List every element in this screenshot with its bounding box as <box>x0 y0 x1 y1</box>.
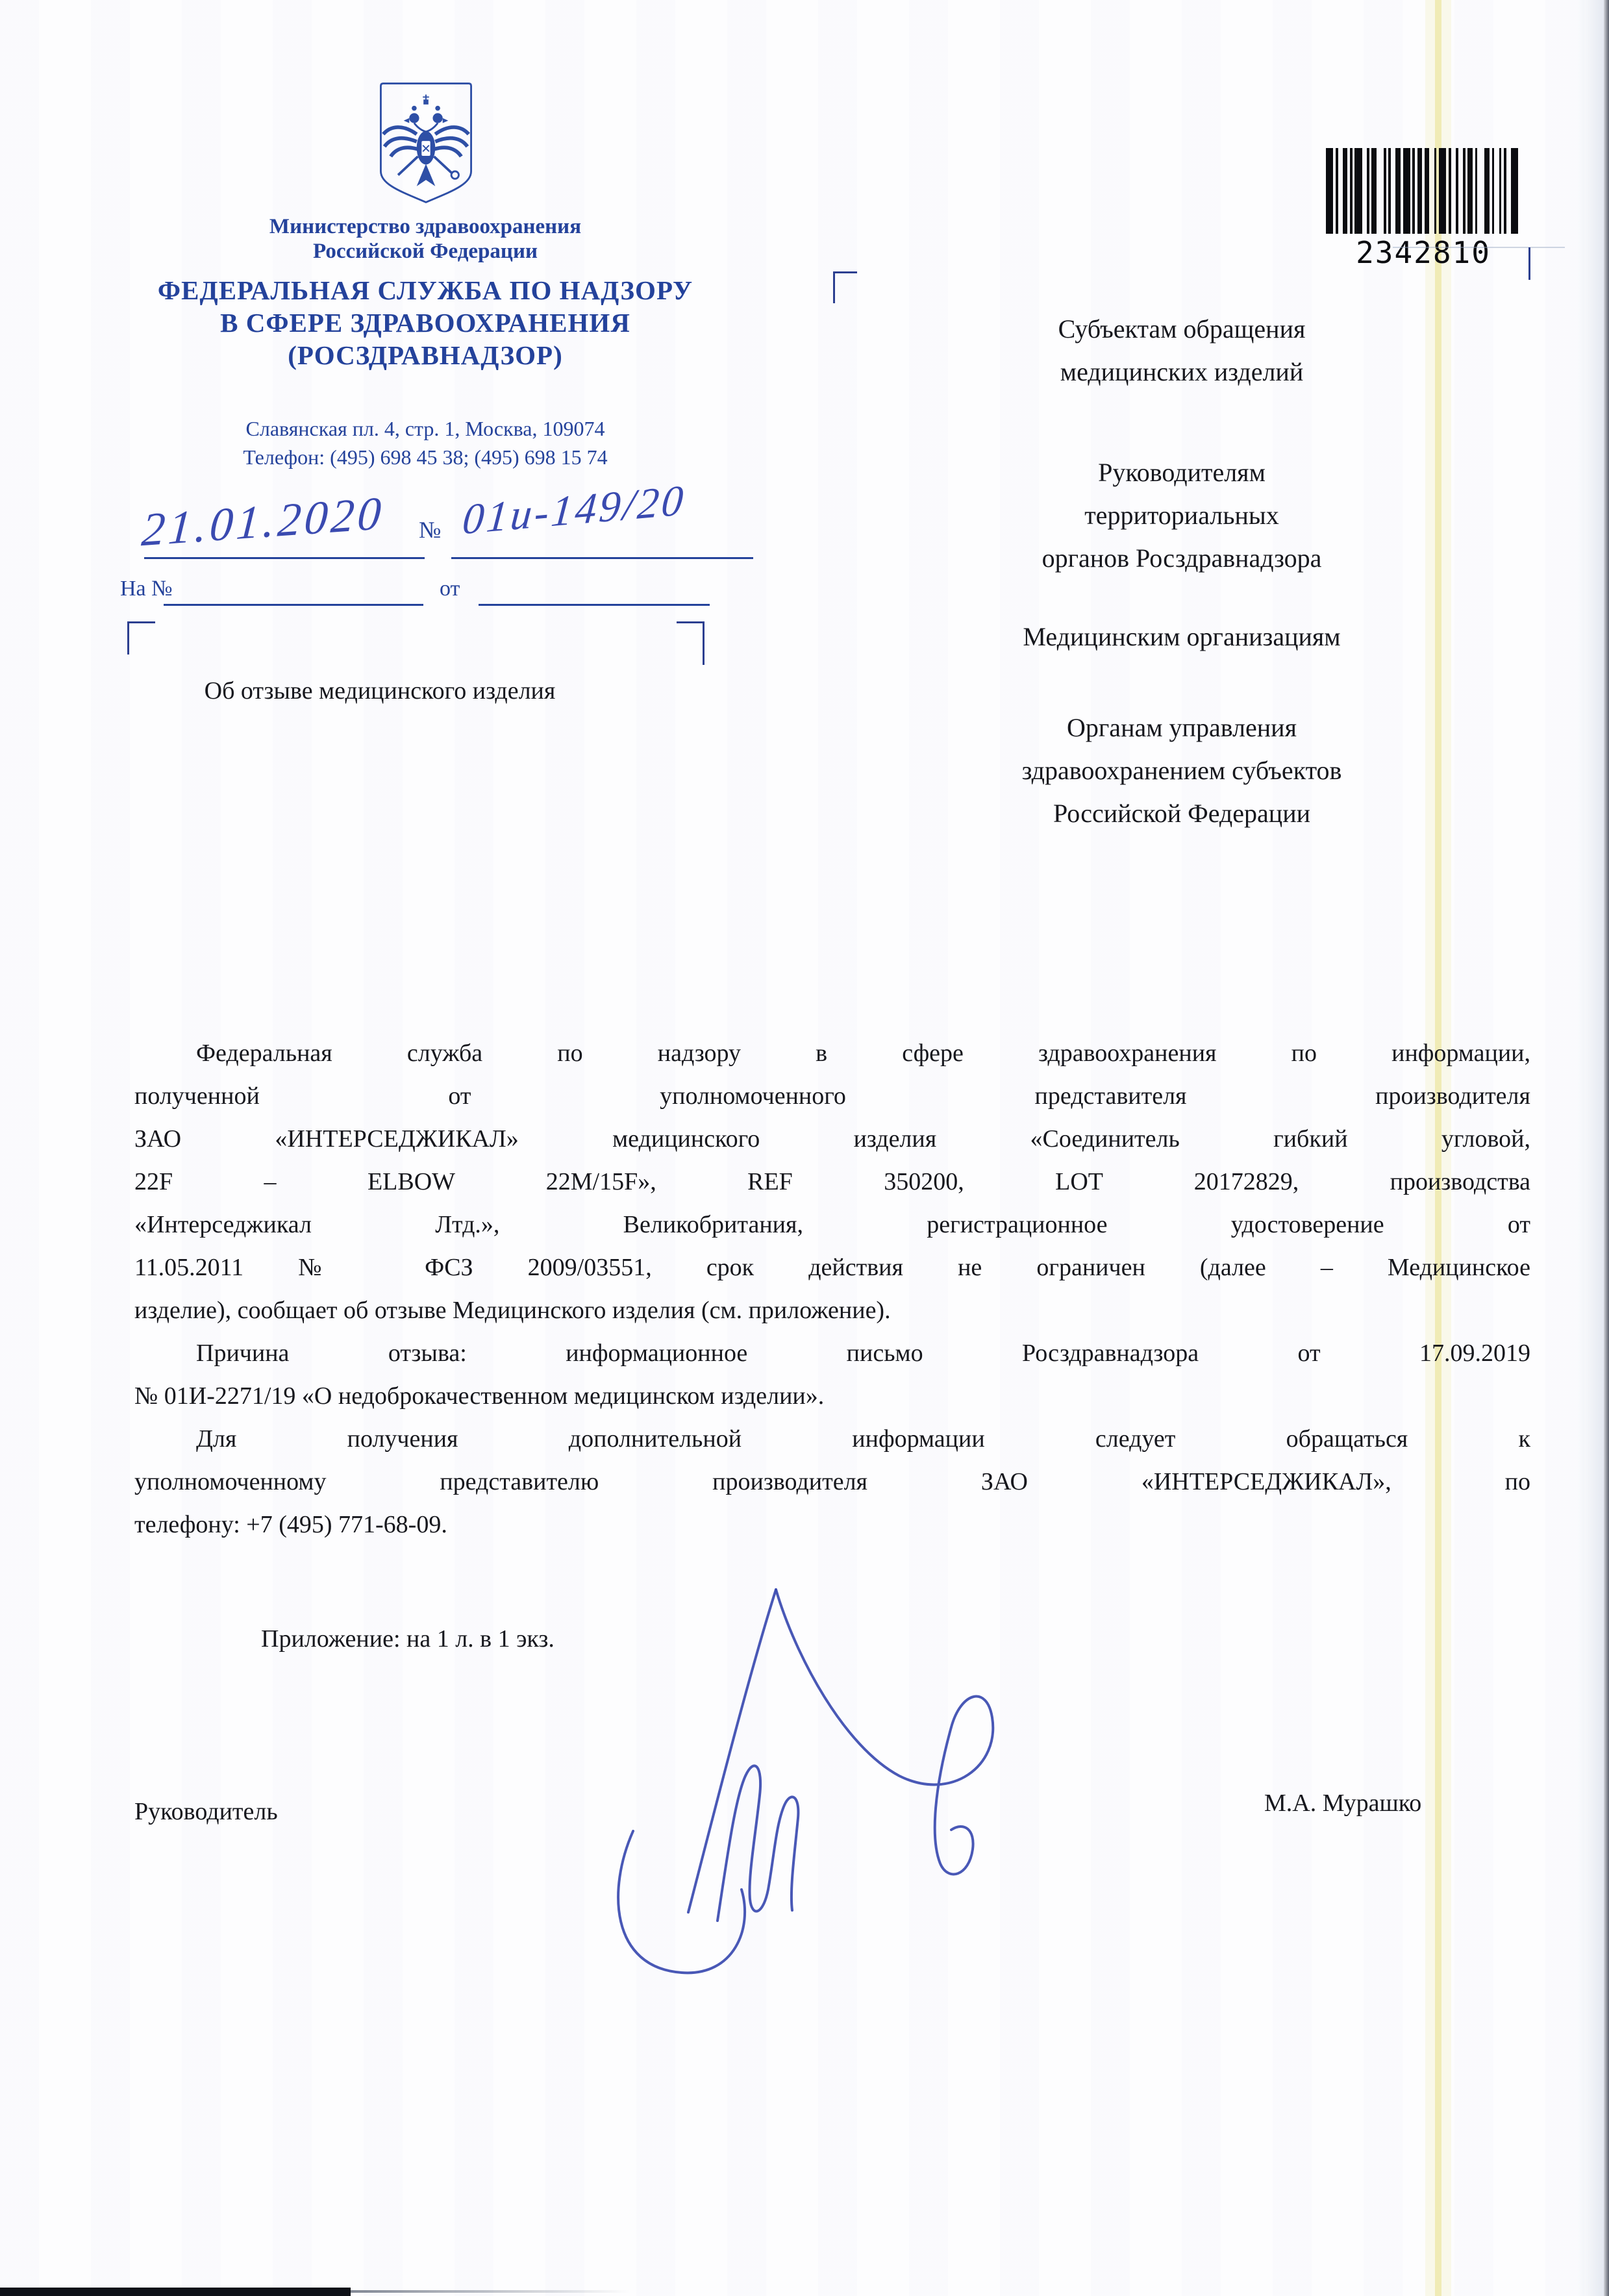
addressee-line: здравоохранением субъектов <box>877 749 1487 792</box>
number-sign: № <box>419 516 441 543</box>
date-underline <box>144 557 425 559</box>
letter-body: Федеральная служба по надзору в сфере зд… <box>134 1032 1530 1546</box>
body-line: 11.05.2011 № ФСЗ 2009/03551, срок действ… <box>134 1246 1530 1289</box>
scan-crease-line <box>1393 247 1565 248</box>
service-line3: (РОСЗДРАВНАДЗОР) <box>91 339 760 371</box>
addressee-line: Руководителям <box>877 451 1487 494</box>
reply-date-label: от <box>440 577 460 601</box>
body-line: уполномоченному представителю производит… <box>134 1460 1530 1503</box>
body-line: «Интерседжикал Лтд.», Великобритания, ре… <box>134 1203 1530 1246</box>
handwritten-outgoing-number: 01и-149/20 <box>460 476 688 545</box>
signer-name: М.А. Мурашко <box>1264 1789 1421 1817</box>
reply-number-underline <box>164 604 423 606</box>
signer-title: Руководитель <box>134 1797 278 1826</box>
body-line: Для получения дополнительной информации … <box>134 1417 1530 1460</box>
addressee-group: Субъектам обращения медицинских изделий <box>877 308 1487 393</box>
ministry-name: Министерство здравоохранения Российской … <box>91 214 760 264</box>
signature-stroke <box>618 1831 745 1973</box>
service-line2: В СФЕРЕ ЗДРАВООХРАНЕНИЯ <box>91 306 760 339</box>
barcode-bars <box>1326 148 1521 234</box>
subject-corner-left <box>127 621 155 655</box>
body-line: Федеральная служба по надзору в сфере зд… <box>134 1032 1530 1075</box>
subject-line: Об отзыве медицинского изделия <box>71 677 688 705</box>
addressee-line: органов Росздравнадзора <box>877 537 1487 580</box>
scanned-letter-page: Министерство здравоохранения Российской … <box>0 0 1609 2296</box>
ministry-line2: Российской Федерации <box>91 239 760 264</box>
body-line: 22F – ELBOW 22M/15F», REF 350200, LOT 20… <box>134 1160 1530 1203</box>
barcode-number: 2342810 <box>1326 235 1521 270</box>
addressee-corner-left <box>833 271 857 303</box>
reply-number-label: На № <box>120 577 173 601</box>
body-line: Причина отзыва: информационное письмо Ро… <box>134 1332 1530 1375</box>
registration-barcode: 2342810 <box>1326 148 1521 270</box>
org-phone: Телефон: (495) 698 45 38; (495) 698 15 7… <box>91 443 760 471</box>
addressee-line: Медицинским организациям <box>877 616 1487 658</box>
org-address: Славянская пл. 4, стр. 1, Москва, 109074 <box>91 414 760 443</box>
scan-right-edge-band <box>1578 0 1604 2296</box>
addressee-corner-right <box>1528 247 1530 280</box>
body-line: № 01И-2271/19 «О недоброкачественном мед… <box>134 1375 1530 1417</box>
service-name: ФЕДЕРАЛЬНАЯ СЛУЖБА ПО НАДЗОРУ В СФЕРЕ ЗД… <box>91 274 760 371</box>
body-line: ЗАО «ИНТЕРСЕДЖИКАЛ» медицинского изделия… <box>134 1117 1530 1160</box>
scan-right-edge-shadow <box>1604 0 1609 2296</box>
addressee-line: Субъектам обращения <box>877 308 1487 351</box>
coat-of-arms-emblem <box>373 79 479 206</box>
handwritten-date: 21.01.2020 <box>140 486 386 558</box>
addressee-block: Субъектам обращения медицинских изделий … <box>877 308 1487 835</box>
subject-corner-right <box>677 621 705 665</box>
service-line1: ФЕДЕРАЛЬНАЯ СЛУЖБА ПО НАДЗОРУ <box>91 274 760 306</box>
scan-bottom-edge <box>0 2288 351 2296</box>
signature-stroke <box>776 1590 993 1874</box>
addressee-line: территориальных <box>877 494 1487 537</box>
addressee-line: медицинских изделий <box>877 351 1487 393</box>
addressee-group: Медицинским организациям <box>877 616 1487 658</box>
body-line: телефону: +7 (495) 771-68-09. <box>134 1503 1530 1546</box>
addressee-group: Органам управления здравоохранением субъ… <box>877 706 1487 835</box>
number-underline <box>451 557 753 559</box>
addressee-line: Органам управления <box>877 706 1487 749</box>
russian-eagle-icon <box>373 79 479 206</box>
ministry-line1: Министерство здравоохранения <box>91 214 760 239</box>
attachment-note: Приложение: на 1 л. в 1 экз. <box>261 1625 555 1653</box>
reply-date-underline <box>479 604 710 606</box>
body-line: изделие), сообщает об отзыве Медицинског… <box>134 1289 1530 1332</box>
signature-flourish <box>571 1552 1117 2006</box>
signature-stroke <box>688 1590 776 1912</box>
body-line: полученной от уполномоченного представит… <box>134 1075 1530 1117</box>
addressee-line: Российской Федерации <box>877 792 1487 835</box>
signature-stroke <box>717 1766 798 1921</box>
scan-bottom-edge-thin <box>351 2290 630 2293</box>
addressee-group: Руководителям территориальных органов Ро… <box>877 451 1487 580</box>
